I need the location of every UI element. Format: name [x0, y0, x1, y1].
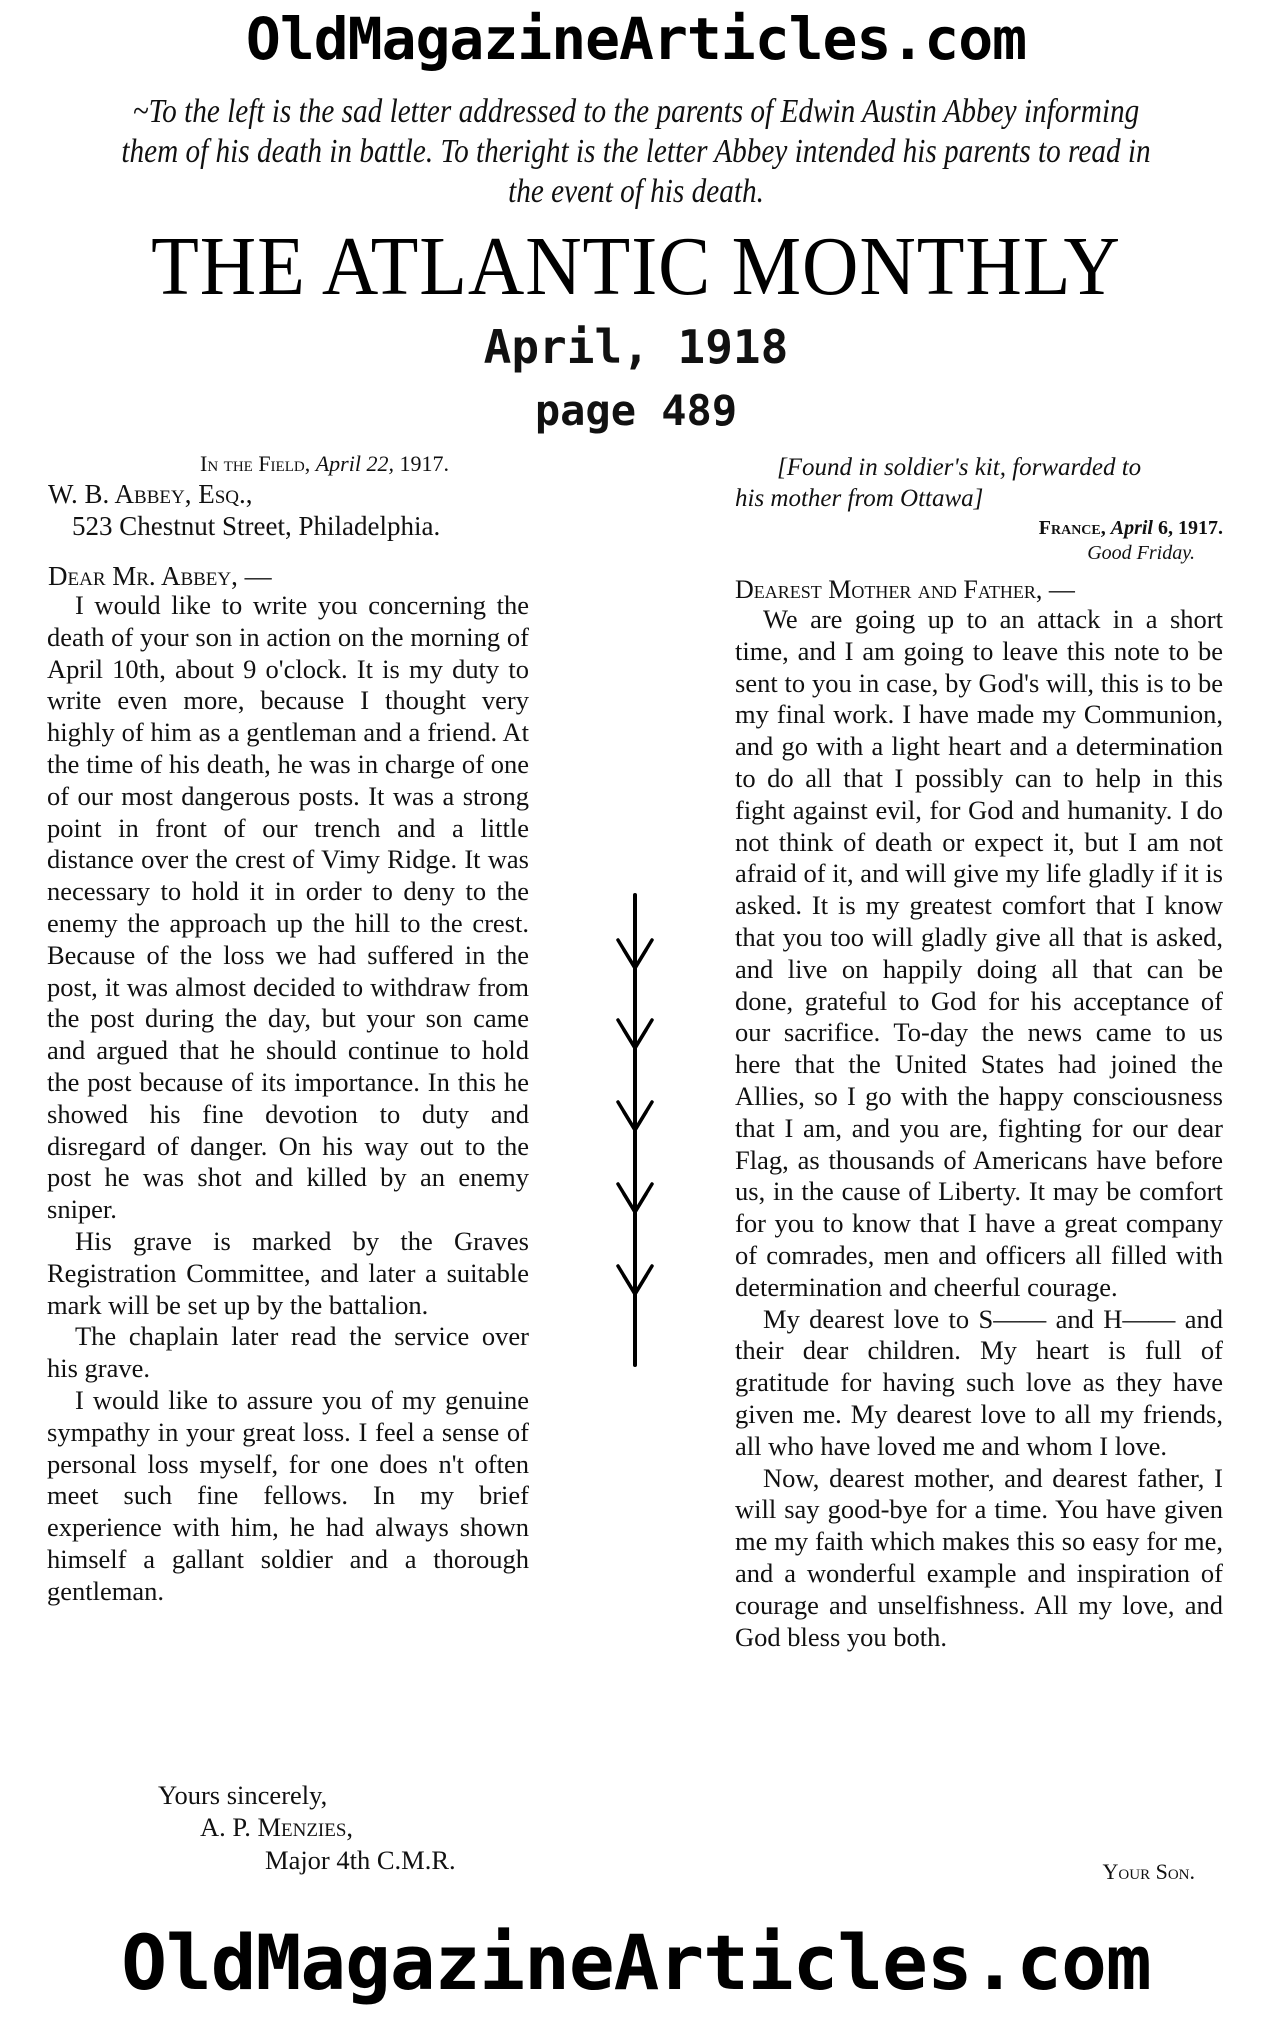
right-letter-note: [Found in soldier's kit, forwarded to hi…	[735, 452, 1225, 514]
paragraph: My dearest love to S—— and H—— and their…	[735, 1304, 1223, 1463]
paragraph: His grave is marked by the Graves Regist…	[47, 1226, 529, 1321]
publication-title: THE ATLANTIC MONTHLY	[45, 222, 1228, 312]
right-letter-dateline: France, April 6, 1917.	[735, 515, 1223, 541]
dateline-month: April	[1111, 517, 1153, 539]
recipient-name: W. B. Abbey, Esq.,	[48, 478, 252, 510]
left-letter-body: I would like to write you concerning the…	[47, 590, 529, 1608]
closing: Yours sincerely,	[158, 1780, 327, 1812]
signer-title: Major 4th C.M.R.	[265, 1845, 456, 1877]
dateline-year: 1917.	[399, 451, 449, 476]
dateline-place: France,	[1039, 517, 1106, 539]
note-line: his mother from Ottawa]	[735, 483, 1225, 514]
recipient-address: 523 Chestnut Street, Philadelphia.	[72, 510, 440, 542]
paragraph: I would like to assure you of my genuine…	[47, 1385, 529, 1608]
paragraph: We are going up to an attack in a short …	[735, 604, 1223, 1304]
dateline-place: In the Field,	[200, 451, 310, 476]
dateline-date: April 22,	[316, 451, 394, 476]
vine-arrow-ornament-icon	[610, 890, 660, 1370]
paragraph: The chaplain later read the service over…	[47, 1321, 529, 1385]
paragraph: Now, dearest mother, and dearest father,…	[735, 1463, 1223, 1654]
left-letter-salutation: Dear Mr. Abbey, —	[48, 560, 272, 592]
dateline-date: 6, 1917.	[1158, 517, 1223, 539]
right-letter-signature: Your Son.	[735, 1857, 1195, 1887]
site-logo-bottom: OldMagazineArticles.com	[0, 1915, 1272, 2011]
issue-date: April, 1918	[0, 318, 1272, 376]
dateline-day: Good Friday.	[735, 541, 1195, 565]
site-logo-top: OldMagazineArticles.com	[0, 4, 1272, 74]
intro-caption: ~To the left is the sad letter addressed…	[115, 92, 1157, 212]
right-letter-salutation: Dearest Mother and Father, —	[735, 574, 1075, 606]
left-letter-dateline: In the Field, April 22, 1917.	[200, 450, 449, 478]
paragraph: I would like to write you concerning the…	[47, 590, 529, 1226]
note-line: [Found in soldier's kit, forwarded to	[735, 452, 1225, 483]
page-number: page 489	[0, 384, 1272, 438]
right-letter-body: We are going up to an attack in a short …	[735, 604, 1223, 1653]
signer-name: A. P. Menzies,	[200, 1812, 353, 1844]
